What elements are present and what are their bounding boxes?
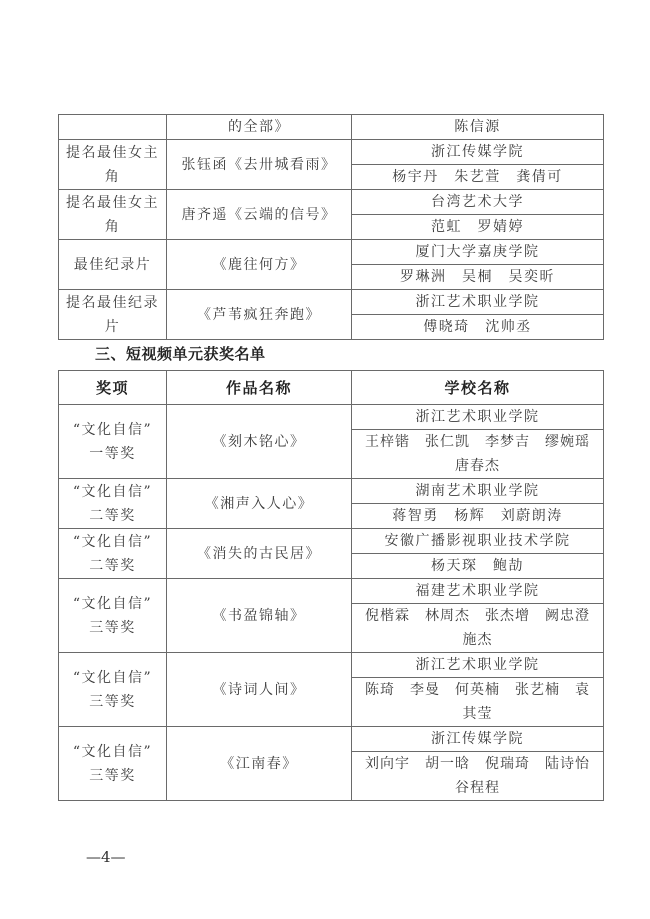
short-video-awards-table: 奖项 作品名称 学校名称 “文化自信”一等奖 《刻木铭心》 浙江艺术职业学院 王… — [58, 370, 604, 801]
section-heading: 三、短视频单元获奖名单 — [95, 343, 266, 364]
award-cell: “文化自信”一等奖 — [59, 405, 167, 479]
award-level: 二等奖 — [89, 558, 136, 574]
names-cell: 蒋智勇 杨辉 刘蔚朗涛 — [352, 504, 604, 529]
table-row: “文化自信”三等奖 《书盈锦轴》 福建艺术职业学院 — [59, 579, 604, 604]
table-row: 提名最佳纪录片 《芦苇疯狂奔跑》 浙江艺术职业学院 — [59, 290, 604, 315]
table-row: “文化自信”二等奖 《湘声入人心》 湖南艺术职业学院 — [59, 479, 604, 504]
table-row: “文化自信”二等奖 《消失的古民居》 安徽广播影视职业技术学院 — [59, 529, 604, 554]
names-cell: 倪楷霖 林周杰 张杰增 阙忠澄 施杰 — [352, 604, 604, 653]
names-cell: 刘向宇 胡一晗 倪瑞琦 陆诗怡 谷程程 — [352, 752, 604, 801]
award-level: 三等奖 — [89, 694, 136, 710]
award-level: 三等奖 — [89, 620, 136, 636]
award-cell: “文化自信”三等奖 — [59, 653, 167, 727]
school-cell: 福建艺术职业学院 — [352, 579, 604, 604]
school-cell: 湖南艺术职业学院 — [352, 479, 604, 504]
work-cell: 《芦苇疯狂奔跑》 — [167, 290, 352, 340]
award-level: 二等奖 — [89, 508, 136, 524]
page-number: —4— — [86, 848, 126, 866]
school-cell: 浙江传媒学院 — [352, 140, 604, 165]
school-cell: 浙江艺术职业学院 — [352, 290, 604, 315]
award-cell: 提名最佳女主角 — [59, 190, 167, 240]
award-cell: 提名最佳纪录片 — [59, 290, 167, 340]
table-row: “文化自信”三等奖 《诗词人间》 浙江艺术职业学院 — [59, 653, 604, 678]
table-row: 的全部》 陈信源 — [59, 115, 604, 140]
award-title: “文化自信” — [73, 670, 152, 686]
names-cell: 杨宇丹 朱艺萱 龚倩可 — [352, 165, 604, 190]
names-cell: 傅晓琦 沈帅丞 — [352, 315, 604, 340]
work-cell: 《鹿往何方》 — [167, 240, 352, 290]
school-cell: 浙江传媒学院 — [352, 727, 604, 752]
work-cell: 《诗词人间》 — [167, 653, 352, 727]
school-cell: 浙江艺术职业学院 — [352, 405, 604, 430]
work-cell: 的全部》 — [167, 115, 352, 140]
header-award: 奖项 — [59, 371, 167, 405]
work-cell: 《江南春》 — [167, 727, 352, 801]
names-cell: 罗琳洲 吴桐 吴奕昕 — [352, 265, 604, 290]
names-cell: 陈信源 — [352, 115, 604, 140]
award-cell: 提名最佳女主角 — [59, 140, 167, 190]
award-title: “文化自信” — [73, 744, 152, 760]
header-work: 作品名称 — [167, 371, 352, 405]
work-cell: 唐齐遥《云端的信号》 — [167, 190, 352, 240]
table-row: 提名最佳女主角 唐齐遥《云端的信号》 台湾艺术大学 — [59, 190, 604, 215]
award-cell: 最佳纪录片 — [59, 240, 167, 290]
names-cell: 陈琦 李曼 何英楠 张艺楠 袁其莹 — [352, 678, 604, 727]
award-cell: “文化自信”二等奖 — [59, 529, 167, 579]
school-cell: 台湾艺术大学 — [352, 190, 604, 215]
award-cell: “文化自信”三等奖 — [59, 579, 167, 653]
table-row: 最佳纪录片 《鹿往何方》 厦门大学嘉庚学院 — [59, 240, 604, 265]
work-cell: 《湘声入人心》 — [167, 479, 352, 529]
header-school: 学校名称 — [352, 371, 604, 405]
work-cell: 《刻木铭心》 — [167, 405, 352, 479]
award-level: 三等奖 — [89, 768, 136, 784]
work-cell: 《消失的古民居》 — [167, 529, 352, 579]
award-cell: “文化自信”二等奖 — [59, 479, 167, 529]
school-cell: 浙江艺术职业学院 — [352, 653, 604, 678]
table-row: “文化自信”三等奖 《江南春》 浙江传媒学院 — [59, 727, 604, 752]
school-cell: 安徽广播影视职业技术学院 — [352, 529, 604, 554]
school-cell: 厦门大学嘉庚学院 — [352, 240, 604, 265]
award-title: “文化自信” — [73, 534, 152, 550]
award-cell — [59, 115, 167, 140]
awards-table-continued: 的全部》 陈信源 提名最佳女主角 张钰函《去卅城看雨》 浙江传媒学院 杨宇丹 朱… — [58, 114, 604, 340]
header-row: 奖项 作品名称 学校名称 — [59, 371, 604, 405]
award-cell: “文化自信”三等奖 — [59, 727, 167, 801]
names-cell: 王梓锴 张仁凯 李梦吉 缪婉瑶 唐春杰 — [352, 430, 604, 479]
award-title: “文化自信” — [73, 422, 152, 438]
award-level: 一等奖 — [89, 446, 136, 462]
work-cell: 张钰函《去卅城看雨》 — [167, 140, 352, 190]
table-row: 提名最佳女主角 张钰函《去卅城看雨》 浙江传媒学院 — [59, 140, 604, 165]
award-title: “文化自信” — [73, 596, 152, 612]
work-cell: 《书盈锦轴》 — [167, 579, 352, 653]
names-cell: 范虹 罗婧婷 — [352, 215, 604, 240]
names-cell: 杨天琛 鲍劼 — [352, 554, 604, 579]
table-row: “文化自信”一等奖 《刻木铭心》 浙江艺术职业学院 — [59, 405, 604, 430]
award-title: “文化自信” — [73, 484, 152, 500]
